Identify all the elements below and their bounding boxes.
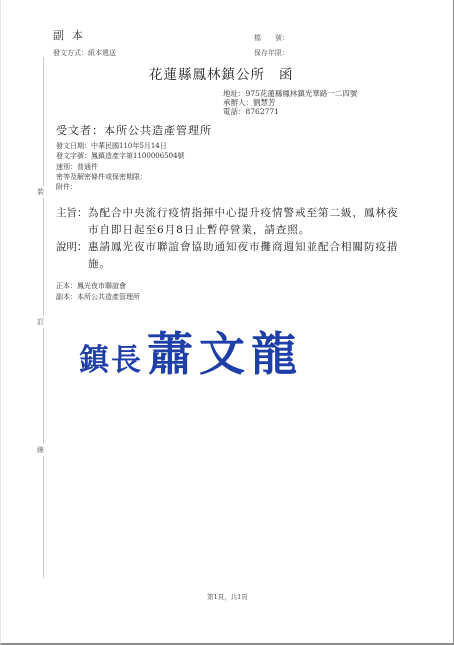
sender-address: 地址：975花蓮縣鳳林鎮光華路一二四號: [223, 89, 357, 98]
binding-mark-xian: 線: [37, 444, 44, 456]
subject-row: 主旨： 為配合中央流行疫情指揮中心提升疫情警戒至第二級，鳳林夜市自即日起至6月8…: [56, 205, 401, 238]
signature-title: 鎮長: [79, 343, 143, 378]
explanation-label: 說明：: [56, 239, 88, 272]
explanation-row: 說明： 惠請鳳光夜市聯誼會協助通知夜市攤商週知並配合相關防疫措施。: [56, 239, 401, 272]
subject-label: 主旨：: [56, 205, 88, 238]
delivery-speed: 速別：普通件: [56, 162, 185, 172]
issue-date: 發文日期：中華民國110年5月14日: [56, 141, 185, 151]
binding-mark-zhuang: 裝: [37, 186, 44, 198]
explanation-text: 惠請鳳光夜市聯誼會協助通知夜市攤商週知並配合相關防疫措施。: [88, 239, 400, 272]
send-method: 發文方式：紙本遞送: [53, 48, 116, 58]
copy-recipient: 副本：本所公共造產管理所: [56, 292, 140, 303]
document-meta: 發文日期：中華民國110年5月14日 發文字號：鳳鎮造產字第1100006504…: [56, 141, 185, 192]
attachments: 附件：: [56, 182, 185, 192]
document-page: 副本 發文方式：紙本遞送 檔 號： 保存年限： 花蓮縣鳳林鎮公所函 地址：975…: [0, 0, 454, 645]
document-body: 主旨： 為配合中央流行疫情指揮中心提升疫情警戒至第二級，鳳林夜市自即日起至6月8…: [56, 205, 401, 272]
primary-recipient: 正本：鳳光夜市聯誼會: [56, 281, 140, 292]
subject-text: 為配合中央流行疫情指揮中心提升疫情警戒至第二級，鳳林夜市自即日起至6月8日止暫停…: [88, 205, 400, 238]
document-number: 發文字號：鳳鎮造產字第1100006504號: [56, 151, 185, 161]
binding-mark-ding: 訂: [37, 316, 44, 328]
signature-name: 蕭文龍: [147, 327, 303, 381]
mayor-signature-stamp: 鎮長蕭文龍: [79, 318, 303, 384]
copy-mark: 副本: [53, 27, 91, 43]
file-number-label: 檔 號：: [254, 33, 289, 43]
sender-contact: 承辦人：劉慧芳: [223, 98, 357, 107]
classification: 密等及解密條件或保密期限：: [56, 172, 185, 182]
receiver: 受文者：本所公共造產管理所: [56, 122, 212, 138]
document-title: 花蓮縣鳳林鎮公所函: [149, 63, 294, 83]
sender-phone: 電話：8762771: [223, 107, 357, 116]
page-number: 第1頁，共1頁: [207, 592, 248, 601]
document-type: 函: [279, 67, 294, 83]
agency-name: 花蓮縣鳳林鎮公所: [149, 67, 265, 83]
sender-info: 地址：975花蓮縣鳳林鎮光華路一二四號 承辦人：劉慧芳 電話：8762771: [223, 89, 357, 116]
retention-period-label: 保存年限：: [254, 48, 289, 58]
recipients: 正本：鳳光夜市聯誼會 副本：本所公共造產管理所: [56, 281, 140, 302]
